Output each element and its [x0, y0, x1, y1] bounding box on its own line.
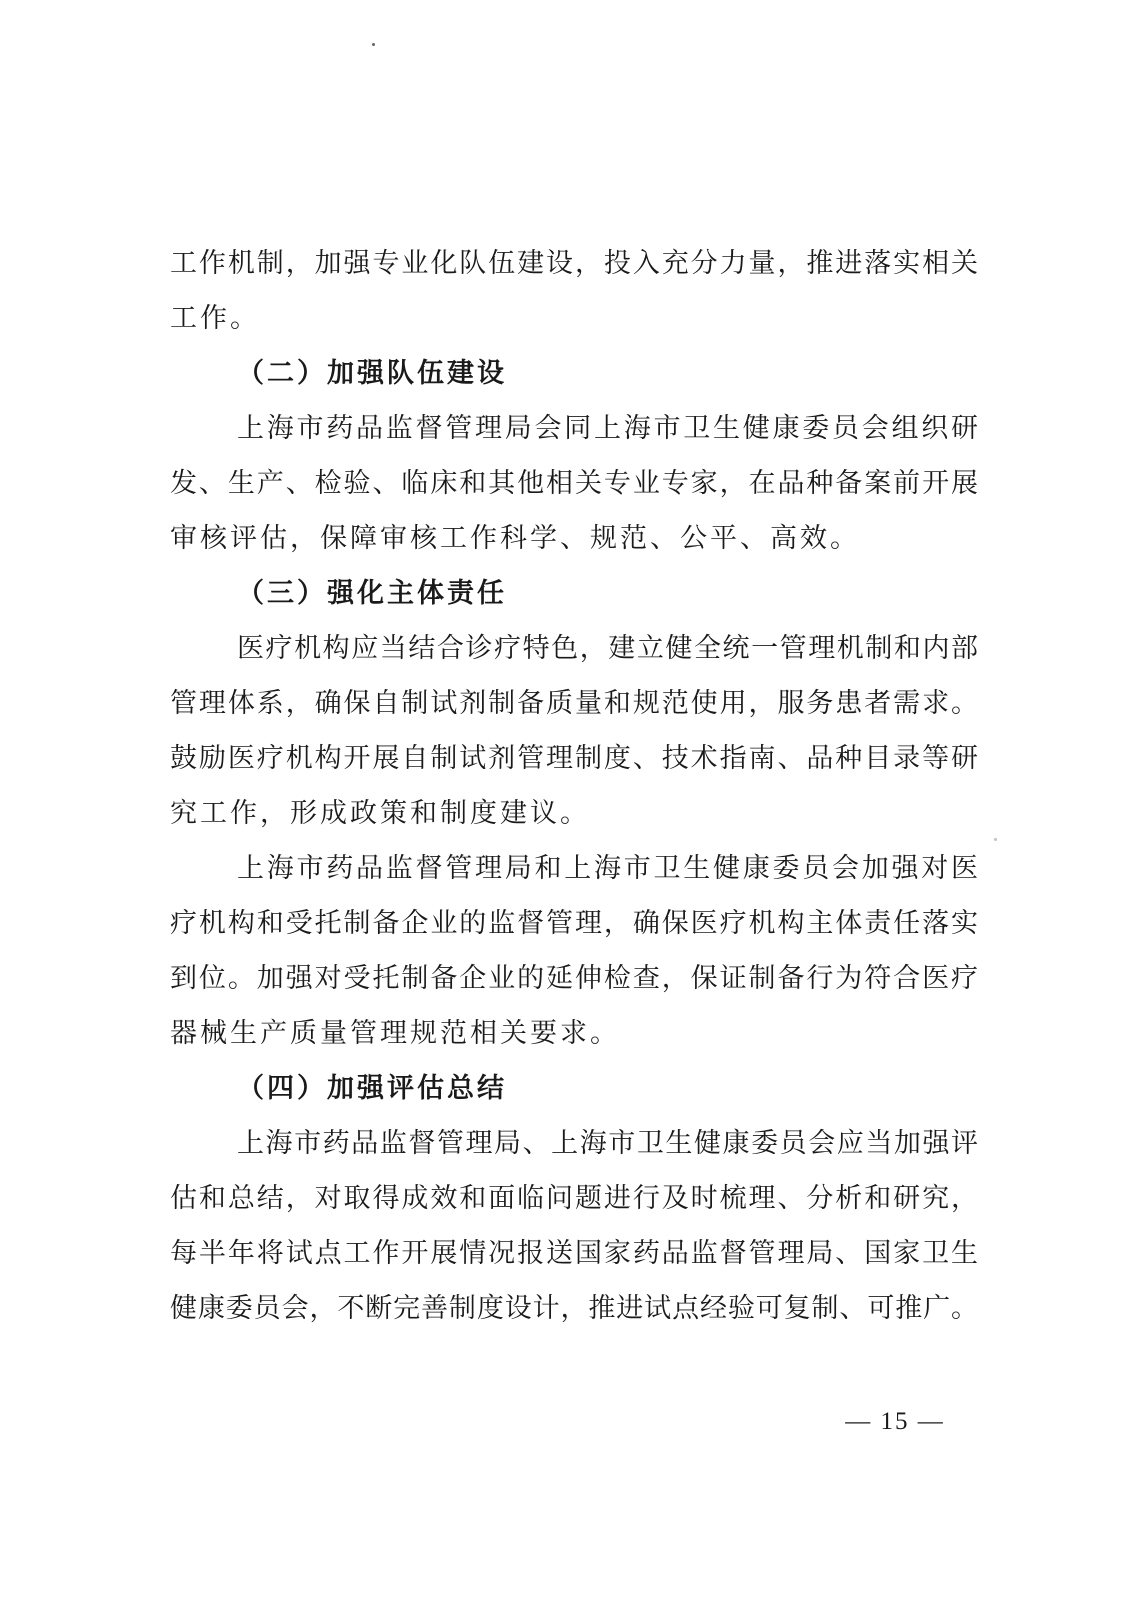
section-heading: （二）加强队伍建设 — [237, 350, 978, 396]
text-line: 发、生产、检验、临床和其他相关专业专家，在品种备案前开展 — [170, 460, 978, 506]
text-line: 上海市药品监督管理局会同上海市卫生健康委员会组织研 — [237, 405, 978, 451]
text-line: 鼓励医疗机构开展自制试剂管理制度、技术指南、品种目录等研 — [170, 735, 978, 781]
text-line: 医疗机构应当结合诊疗特色，建立健全统一管理机制和内部 — [237, 625, 978, 671]
text-line: 上海市药品监督管理局和上海市卫生健康委员会加强对医 — [237, 845, 978, 891]
text-line: 工作机制，加强专业化队伍建设，投入充分力量，推进落实相关 — [170, 240, 978, 286]
text-line: 到位。加强对受托制备企业的延伸检查，保证制备行为符合医疗 — [170, 955, 978, 1001]
text-line: 管理体系，确保自制试剂制备质量和规范使用，服务患者需求。 — [170, 680, 978, 726]
text-line: 上海市药品监督管理局、上海市卫生健康委员会应当加强评 — [237, 1120, 978, 1166]
text-line: 审核评估，保障审核工作科学、规范、公平、高效。 — [170, 515, 978, 561]
document-page: 工作机制，加强专业化队伍建设，投入充分力量，推进落实相关工作。（二）加强队伍建设… — [0, 0, 1124, 1600]
text-line: 器械生产质量管理规范相关要求。 — [170, 1010, 978, 1056]
page-number: — 15 — — [828, 1404, 962, 1440]
text-line: 每半年将试点工作开展情况报送国家药品监督管理局、国家卫生 — [170, 1230, 978, 1276]
section-heading: （四）加强评估总结 — [237, 1065, 978, 1111]
text-line: 究工作，形成政策和制度建议。 — [170, 790, 978, 836]
scan-speck — [994, 838, 997, 841]
text-line: 健康委员会，不断完善制度设计，推进试点经验可复制、可推广。 — [170, 1285, 978, 1331]
text-line: 疗机构和受托制备企业的监督管理，确保医疗机构主体责任落实 — [170, 900, 978, 946]
section-heading: （三）强化主体责任 — [237, 570, 978, 616]
scan-speck — [372, 43, 375, 46]
text-line: 估和总结，对取得成效和面临问题进行及时梳理、分析和研究， — [170, 1175, 978, 1221]
text-line: 工作。 — [170, 295, 978, 341]
